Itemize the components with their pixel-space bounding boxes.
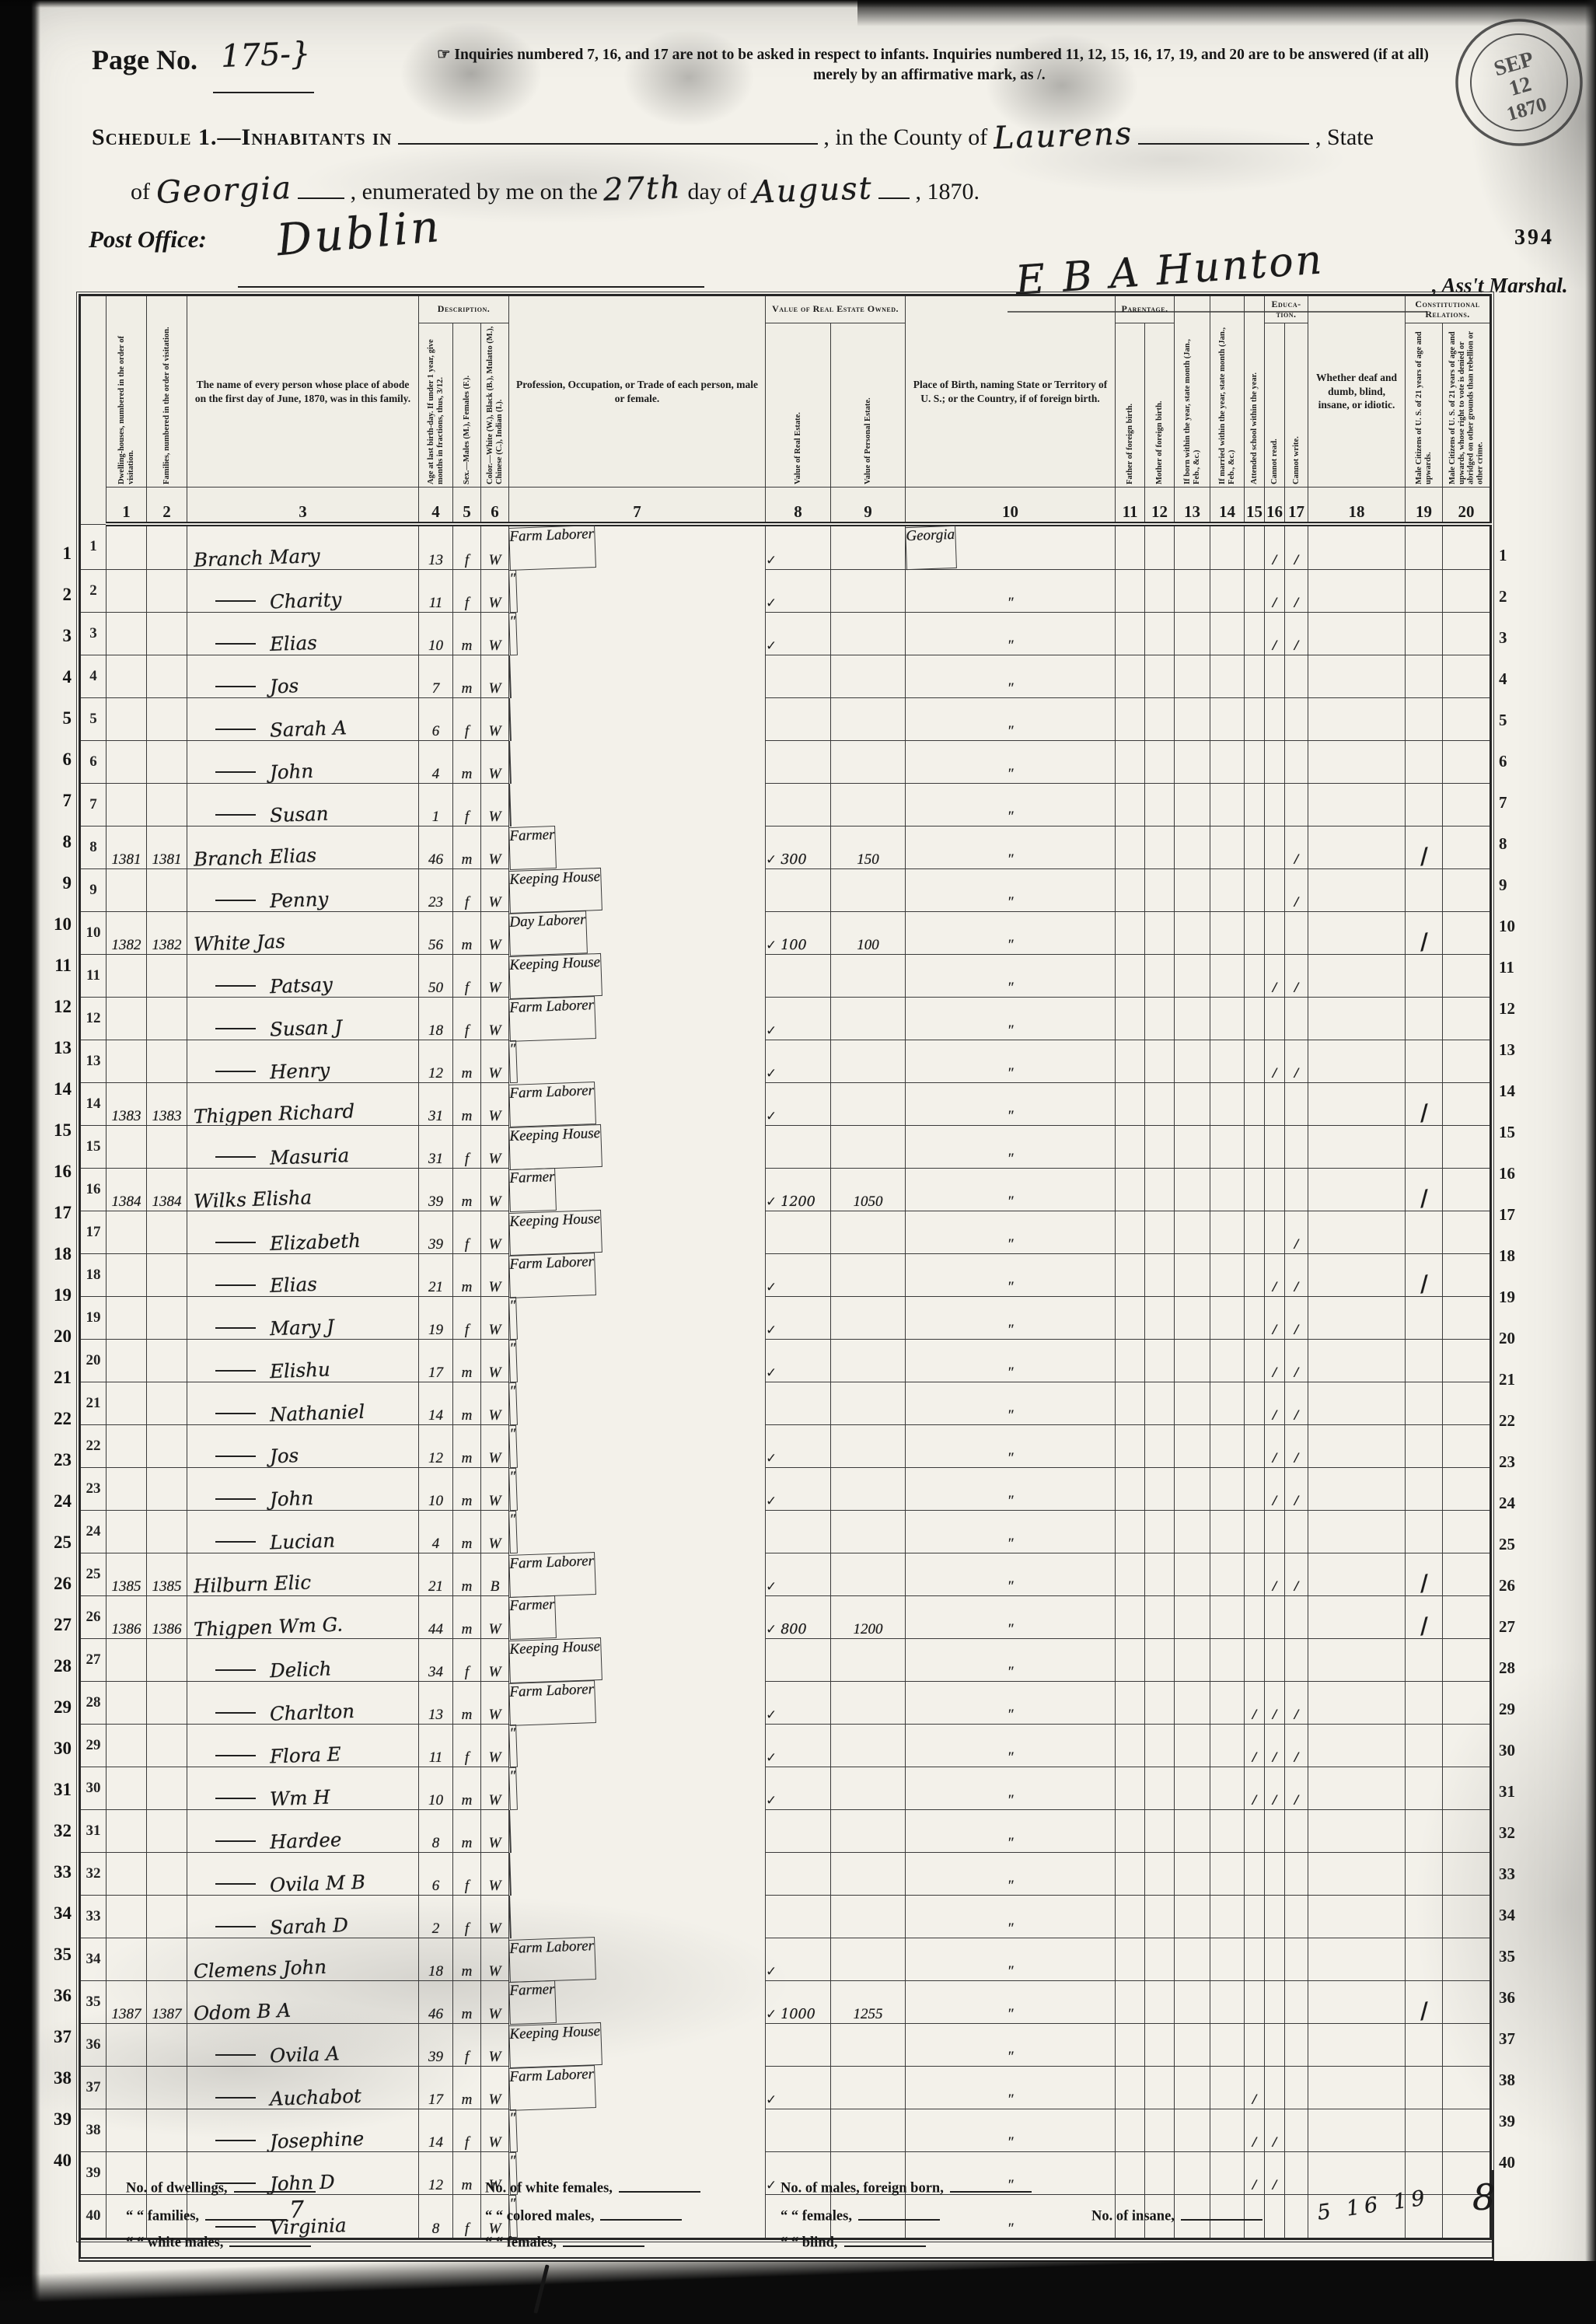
cell-deaf-dumb-blind-insane: [1308, 1126, 1406, 1169]
cell-age: 13: [419, 524, 453, 570]
cell-real-estate-value: ✓: [766, 2067, 831, 2109]
cell-married-within-year: [1210, 1126, 1245, 1169]
cell-mother-foreign-birth: [1145, 1596, 1175, 1639]
cell-birthplace: ″: [906, 570, 1116, 613]
left-margin-row-number: 37: [40, 2027, 72, 2047]
column-heading-text-6: Color.—White (W.), Black (B.), Mulatto (…: [486, 326, 505, 484]
cell-family-number: 1384: [147, 1169, 187, 1211]
cell-real-estate-value: ✓: [766, 1682, 831, 1725]
cell-sex: m: [453, 1468, 481, 1511]
cell-dwelling-number: 1386: [107, 1596, 147, 1639]
left-margin-row-number: 31: [40, 1780, 72, 1800]
cell-personal-estate-value: [831, 1340, 906, 1382]
cell-real-estate-value: [766, 1126, 831, 1169]
cell-married-within-year: [1210, 1468, 1245, 1511]
right-margin-row-number: 10: [1499, 917, 1545, 936]
cell-father-foreign-birth: [1116, 1511, 1145, 1553]
name-text: Lucian: [264, 1529, 336, 1553]
name-ditto-dash: [215, 1541, 256, 1543]
cell-born-within-year: [1175, 1596, 1210, 1639]
cell-attended-school: [1245, 1297, 1265, 1340]
cell-birthplace: ″: [906, 1938, 1116, 1981]
cell-dwelling-number: [107, 955, 147, 998]
cell-deaf-dumb-blind-insane: [1308, 1639, 1406, 1682]
table-row: 1613841384Wilks Elisha39mWFarmer✓1200105…: [80, 1169, 1491, 1211]
cell-married-within-year: [1210, 2067, 1245, 2109]
name-ditto-dash: [215, 1327, 256, 1329]
cell-age: 23: [419, 869, 453, 912]
cell-male-citizen-21: /: [1406, 1083, 1443, 1126]
cell-attended-school: /: [1245, 1725, 1265, 1767]
page-number-underline: [213, 79, 314, 93]
post-office-underline: [238, 274, 704, 288]
cell-father-foreign-birth: [1116, 613, 1145, 655]
cell-born-within-year: [1175, 1040, 1210, 1083]
cell-mother-foreign-birth: [1145, 524, 1175, 570]
cell-personal-estate-value: 100: [831, 912, 906, 955]
column-heading-text-12: Mother of foreign birth.: [1155, 326, 1165, 484]
cell-family-number: [147, 1639, 187, 1682]
cell-sex: f: [453, 955, 481, 998]
real-estate-check-mark: ✓: [766, 1494, 777, 1509]
cell-age: 17: [419, 1340, 453, 1382]
left-margin-row-number: 3: [40, 626, 72, 646]
table-row: 1Branch Mary13fWFarm Laborer✓Georgia//: [80, 524, 1491, 570]
left-margin-row-number: 26: [40, 1574, 72, 1594]
tally-item-label: No. of white females,: [485, 2176, 700, 2197]
tally-blank: [600, 2204, 682, 2221]
name-text: Mary J: [264, 1315, 335, 1339]
cell-dwelling-number: [107, 1382, 147, 1425]
cell-vote-denied: [1443, 1169, 1491, 1211]
column-number-2: 2: [147, 488, 187, 525]
column-number-4: 4: [419, 488, 453, 525]
cell-name: Susan: [187, 784, 419, 827]
cell-occupation: Farm Laborer: [508, 1253, 595, 1298]
column-heading-7: Profession, Occupation, or Trade of each…: [509, 295, 766, 488]
tally-item-label: “ “ colored males,: [485, 2204, 682, 2225]
cell-row-number: 2: [80, 570, 107, 613]
cell-male-citizen-21: [1406, 2024, 1443, 2067]
real-estate-check-mark: ✓: [766, 1793, 777, 1809]
name-text: Jos: [264, 674, 299, 697]
cell-real-estate-value: ✓800: [766, 1596, 831, 1639]
cell-family-number: [147, 1382, 187, 1425]
left-margin-row-number: 25: [40, 1532, 72, 1553]
cell-deaf-dumb-blind-insane: [1308, 1725, 1406, 1767]
cell-age: 14: [419, 2109, 453, 2152]
right-margin-row-number: 26: [1499, 1576, 1545, 1595]
cell-mother-foreign-birth: [1145, 1767, 1175, 1810]
right-margin-row-number: 16: [1499, 1164, 1545, 1183]
cell-mother-foreign-birth: [1145, 1511, 1175, 1553]
table-row: 813811381Branch Elias46mWFarmer✓300150″/…: [80, 827, 1491, 869]
cell-cannot-write: [1285, 1126, 1308, 1169]
cell-cannot-write: /: [1285, 1725, 1308, 1767]
cell-deaf-dumb-blind-insane: [1308, 1938, 1406, 1981]
column-heading-12: Mother of foreign birth.: [1145, 323, 1175, 488]
cell-male-citizen-21: [1406, 1682, 1443, 1725]
cell-real-estate-value: [766, 741, 831, 784]
cell-age: 44: [419, 1596, 453, 1639]
right-margin-row-number: 20: [1499, 1329, 1545, 1348]
right-margin-row-number: 14: [1499, 1082, 1545, 1101]
cell-cannot-read: /: [1265, 1340, 1285, 1382]
cell-father-foreign-birth: [1116, 1596, 1145, 1639]
cell-cannot-write: [1285, 784, 1308, 827]
cell-born-within-year: [1175, 613, 1210, 655]
cell-color: W: [481, 1040, 509, 1083]
cell-row-number: 7: [80, 784, 107, 827]
right-margin-row-number: 12: [1499, 999, 1545, 1019]
real-estate-check-mark: ✓: [766, 1365, 777, 1381]
cell-cannot-write: [1285, 741, 1308, 784]
cell-vote-denied: [1443, 741, 1491, 784]
cell-birthplace: ″: [906, 1040, 1116, 1083]
cell-birthplace: ″: [906, 1596, 1116, 1639]
cell-dwelling-number: 1383: [107, 1083, 147, 1126]
cell-father-foreign-birth: [1116, 2109, 1145, 2152]
film-edge-top-right: [857, 0, 1596, 26]
cell-family-number: [147, 655, 187, 698]
cell-dwelling-number: [107, 1639, 147, 1682]
name-ditto-dash: [215, 600, 256, 602]
post-office-label: Post Office:: [89, 225, 207, 253]
name-ditto-dash: [215, 2140, 256, 2141]
cell-real-estate-value: [766, 1511, 831, 1553]
tally-label-text: No. of white females,: [485, 2181, 613, 2196]
cell-vote-denied: [1443, 1040, 1491, 1083]
cell-married-within-year: [1210, 1553, 1245, 1596]
cell-attended-school: [1245, 1511, 1265, 1553]
right-margin-row-number: 36: [1499, 1988, 1545, 2008]
name-text: Clemens John: [187, 1955, 327, 1981]
cell-male-citizen-21: [1406, 784, 1443, 827]
cell-dwelling-number: [107, 1468, 147, 1511]
cell-attended-school: [1245, 1468, 1265, 1511]
cell-attended-school: [1245, 655, 1265, 698]
cell-personal-estate-value: [831, 655, 906, 698]
table-row: 22Jos12mW″✓″//: [80, 1425, 1491, 1468]
cell-age: 10: [419, 1468, 453, 1511]
cell-cannot-write: /: [1285, 524, 1308, 570]
cell-occupation: Keeping House: [508, 1209, 602, 1255]
cell-birthplace: ″: [906, 1767, 1116, 1810]
real-estate-check-mark: ✓: [766, 553, 777, 568]
cell-male-citizen-21: [1406, 1767, 1443, 1810]
cell-row-number: 27: [80, 1639, 107, 1682]
right-margin-row-number: 9: [1499, 875, 1545, 895]
cell-family-number: [147, 570, 187, 613]
cell-male-citizen-21: [1406, 1468, 1443, 1511]
cell-cannot-read: /: [1265, 1382, 1285, 1425]
name-ditto-dash: [215, 1242, 256, 1243]
cell-birthplace: ″: [906, 1553, 1116, 1596]
cell-real-estate-value: ✓300: [766, 827, 831, 869]
cell-deaf-dumb-blind-insane: [1308, 1767, 1406, 1810]
cell-family-number: [147, 698, 187, 741]
cell-cannot-read: [1265, 912, 1285, 955]
cell-mother-foreign-birth: [1145, 1425, 1175, 1468]
stamp-year: 1870: [1504, 93, 1549, 125]
cell-father-foreign-birth: [1116, 698, 1145, 741]
cell-name: Charity: [187, 570, 419, 613]
column-heading-5: Sex.—Males (M.), Females (F.).: [453, 323, 481, 488]
cell-cannot-read: /: [1265, 613, 1285, 655]
cell-family-number: 1382: [147, 912, 187, 955]
cell-family-number: [147, 1725, 187, 1767]
cell-married-within-year: [1210, 1725, 1245, 1767]
cell-born-within-year: [1175, 784, 1210, 827]
cell-deaf-dumb-blind-insane: [1308, 1511, 1406, 1553]
cell-family-number: [147, 1211, 187, 1254]
cell-personal-estate-value: [831, 1639, 906, 1682]
day-value: 27th: [603, 169, 683, 208]
cell-personal-estate-value: [831, 869, 906, 912]
cell-personal-estate-value: [831, 1511, 906, 1553]
cell-personal-estate-value: 1255: [831, 1981, 906, 2024]
real-estate-check-mark: ✓: [766, 1323, 777, 1338]
right-margin-row-number: 37: [1499, 2029, 1545, 2049]
table-row: 3513871387Odom B A46mWFarmer✓10001255″/: [80, 1981, 1491, 2024]
cell-father-foreign-birth: [1116, 1725, 1145, 1767]
page-number-label: Page No.: [92, 44, 197, 76]
cell-age: 13: [419, 1682, 453, 1725]
cell-dwelling-number: [107, 1810, 147, 1853]
cell-color: W: [481, 1382, 509, 1425]
cell-family-number: [147, 1297, 187, 1340]
name-ditto-dash: [215, 1156, 256, 1158]
real-estate-check-mark: ✓: [766, 1451, 777, 1466]
cell-color: W: [481, 1254, 509, 1297]
name-ditto-dash: [215, 729, 256, 730]
cell-born-within-year: [1175, 698, 1210, 741]
name-text: Auchabot: [264, 2085, 362, 2109]
cell-row-number: 21: [80, 1382, 107, 1425]
table-row: 29Flora E11fW″✓″///: [80, 1725, 1491, 1767]
cell-attended-school: [1245, 955, 1265, 998]
cell-vote-denied: [1443, 784, 1491, 827]
cell-born-within-year: [1175, 1468, 1210, 1511]
cell-real-estate-value: [766, 1853, 831, 1896]
cell-row-number: 26: [80, 1596, 107, 1639]
name-text: Ovila M B: [264, 1871, 366, 1896]
cell-vote-denied: [1443, 2067, 1491, 2109]
right-margin-row-number: 34: [1499, 1906, 1545, 1925]
cell-sex: f: [453, 1639, 481, 1682]
cell-male-citizen-21: [1406, 613, 1443, 655]
cell-attended-school: [1245, 2024, 1265, 2067]
cell-mother-foreign-birth: [1145, 827, 1175, 869]
column-heading-text-2: Families, numbered in the order of visit…: [162, 326, 172, 484]
cell-row-number: 6: [80, 741, 107, 784]
cell-occupation: ″: [508, 1382, 518, 1424]
tally-scribble: 5 16 19: [1316, 2186, 1431, 2225]
cell-cannot-write: [1285, 1639, 1308, 1682]
cell-real-estate-value: ✓1200: [766, 1169, 831, 1211]
right-margin-row-number: 7: [1499, 793, 1545, 813]
male-citizen-check-mark: /: [1417, 1271, 1430, 1296]
tally-blank: [619, 2176, 700, 2193]
cell-cannot-read: [1265, 741, 1285, 784]
column-number-18: 18: [1308, 488, 1406, 525]
cell-real-estate-value: ✓: [766, 1725, 831, 1767]
cell-sex: f: [453, 698, 481, 741]
cell-born-within-year: [1175, 1297, 1210, 1340]
tally-label-text: “ “ white males,: [126, 2235, 223, 2251]
tally-label-text: “ “ females,: [781, 2209, 852, 2224]
left-margin-row-number: 27: [40, 1615, 72, 1635]
left-margin-row-number: 39: [40, 2109, 72, 2130]
cell-real-estate-value: ✓1000: [766, 1981, 831, 2024]
cell-dwelling-number: [107, 998, 147, 1040]
cell-male-citizen-21: [1406, 1126, 1443, 1169]
cell-cannot-write: [1285, 698, 1308, 741]
cell-married-within-year: [1210, 827, 1245, 869]
cell-row-number: 8: [80, 827, 107, 869]
cell-deaf-dumb-blind-insane: [1308, 1169, 1406, 1211]
right-margin-row-number: 6: [1499, 752, 1545, 771]
tally-item-label: “ “ females,: [781, 2204, 940, 2225]
cell-attended-school: [1245, 1639, 1265, 1682]
cell-dwelling-number: [107, 1511, 147, 1553]
left-margin-row-number: 16: [40, 1162, 72, 1182]
cell-age: 11: [419, 1725, 453, 1767]
cell-father-foreign-birth: [1116, 869, 1145, 912]
cell-cannot-write: /: [1285, 1468, 1308, 1511]
cell-name: Elias: [187, 613, 419, 655]
cell-name: Sarah A: [187, 698, 419, 741]
cell-real-estate-value: [766, 955, 831, 998]
cell-color: W: [481, 1682, 509, 1725]
cell-family-number: 1387: [147, 1981, 187, 2024]
cell-sex: m: [453, 1682, 481, 1725]
left-margin-row-number: 17: [40, 1203, 72, 1223]
cell-color: W: [481, 869, 509, 912]
schedule-title: Schedule 1.—Inhabitants in: [92, 124, 392, 150]
cell-vote-denied: [1443, 1511, 1491, 1553]
name-text: Sarah A: [264, 716, 347, 740]
cell-real-estate-value: ✓: [766, 570, 831, 613]
cell-birthplace: ″: [906, 1211, 1116, 1254]
cell-row-number: 30: [80, 1767, 107, 1810]
cell-name: Hilburn Elic: [187, 1553, 419, 1596]
cell-dwelling-number: [107, 1126, 147, 1169]
cell-deaf-dumb-blind-insane: [1308, 698, 1406, 741]
row-number-gutter-heading: [80, 295, 107, 525]
column-heading-20: Male Citizens of U. S. of 21 years of ag…: [1443, 323, 1491, 488]
cell-attended-school: [1245, 912, 1265, 955]
cell-age: 50: [419, 955, 453, 998]
column-number-13: 13: [1175, 488, 1210, 525]
cell-married-within-year: [1210, 1853, 1245, 1896]
cell-male-citizen-21: [1406, 1297, 1443, 1340]
cell-dwelling-number: [107, 1938, 147, 1981]
cell-cannot-read: [1265, 1169, 1285, 1211]
cell-cannot-read: [1265, 1083, 1285, 1126]
cell-color: W: [481, 1896, 509, 1938]
cell-color: W: [481, 570, 509, 613]
cell-name: Penny: [187, 869, 419, 912]
cell-father-foreign-birth: [1116, 1254, 1145, 1297]
cell-mother-foreign-birth: [1145, 1340, 1175, 1382]
cell-male-citizen-21: [1406, 2067, 1443, 2109]
cell-color: W: [481, 1639, 509, 1682]
cell-vote-denied: [1443, 1126, 1491, 1169]
column-number-7: 7: [509, 488, 766, 525]
cell-age: 56: [419, 912, 453, 955]
cell-name: Wm H: [187, 1767, 419, 1810]
name-text: Branch Elias: [187, 844, 317, 868]
name-ditto-dash: [215, 2097, 256, 2099]
cell-real-estate-value: ✓: [766, 998, 831, 1040]
cell-born-within-year: [1175, 1938, 1210, 1981]
cell-born-within-year: [1175, 2109, 1210, 2152]
cell-age: 39: [419, 1169, 453, 1211]
cell-name: Mary J: [187, 1297, 419, 1340]
real-estate-check-mark: ✓: [766, 1964, 777, 1980]
county-value: Laurens: [993, 116, 1133, 156]
cell-family-number: [147, 1425, 187, 1468]
cell-mother-foreign-birth: [1145, 613, 1175, 655]
cell-vote-denied: [1443, 827, 1491, 869]
name-text: Hilburn Elic: [187, 1571, 312, 1595]
cell-dwelling-number: [107, 524, 147, 570]
real-estate-check-mark: ✓: [766, 1579, 777, 1595]
column-heading-text-15: Attended school within the year.: [1250, 326, 1259, 484]
cell-age: 21: [419, 1254, 453, 1297]
cell-birthplace: ″: [906, 1340, 1116, 1382]
real-estate-check-mark: ✓: [766, 2007, 777, 2022]
cell-occupation: Farm Laborer: [508, 1552, 595, 1598]
cell-male-citizen-21: [1406, 955, 1443, 998]
cell-row-number: 29: [80, 1725, 107, 1767]
left-margin-row-number: 28: [40, 1656, 72, 1676]
group-heading-2: Value of Real Estate Owned.: [766, 295, 906, 323]
name-text: Susan J: [264, 1015, 343, 1040]
cell-married-within-year: [1210, 2024, 1245, 2067]
cell-age: 6: [419, 1853, 453, 1896]
cell-vote-denied: [1443, 1981, 1491, 2024]
cell-personal-estate-value: [831, 1896, 906, 1938]
cell-cannot-write: [1285, 998, 1308, 1040]
cell-cannot-read: [1265, 1211, 1285, 1254]
cell-married-within-year: [1210, 1083, 1245, 1126]
cell-born-within-year: [1175, 869, 1210, 912]
cell-birthplace: ″: [906, 2067, 1116, 2109]
cell-color: W: [481, 655, 509, 698]
cell-mother-foreign-birth: [1145, 655, 1175, 698]
cell-birthplace: ″: [906, 998, 1116, 1040]
cell-name: Flora E: [187, 1725, 419, 1767]
schedule-line-2: of Georgia , enumerated by me on the 27t…: [131, 171, 980, 207]
cell-mother-foreign-birth: [1145, 570, 1175, 613]
cell-age: 4: [419, 1511, 453, 1553]
right-margin-row-number: 1: [1499, 546, 1545, 565]
cell-personal-estate-value: [831, 1297, 906, 1340]
name-text: Patsay: [264, 973, 334, 997]
cell-occupation: ″: [508, 1296, 518, 1339]
cell-row-number: 19: [80, 1297, 107, 1340]
month-underline: [878, 174, 910, 199]
cell-cannot-read: /: [1265, 1725, 1285, 1767]
cell-age: 4: [419, 741, 453, 784]
cell-attended-school: [1245, 1896, 1265, 1938]
cell-attended-school: [1245, 1425, 1265, 1468]
cell-name: Branch Elias: [187, 827, 419, 869]
name-ditto-dash: [215, 1498, 256, 1500]
cell-cannot-read: [1265, 1810, 1285, 1853]
